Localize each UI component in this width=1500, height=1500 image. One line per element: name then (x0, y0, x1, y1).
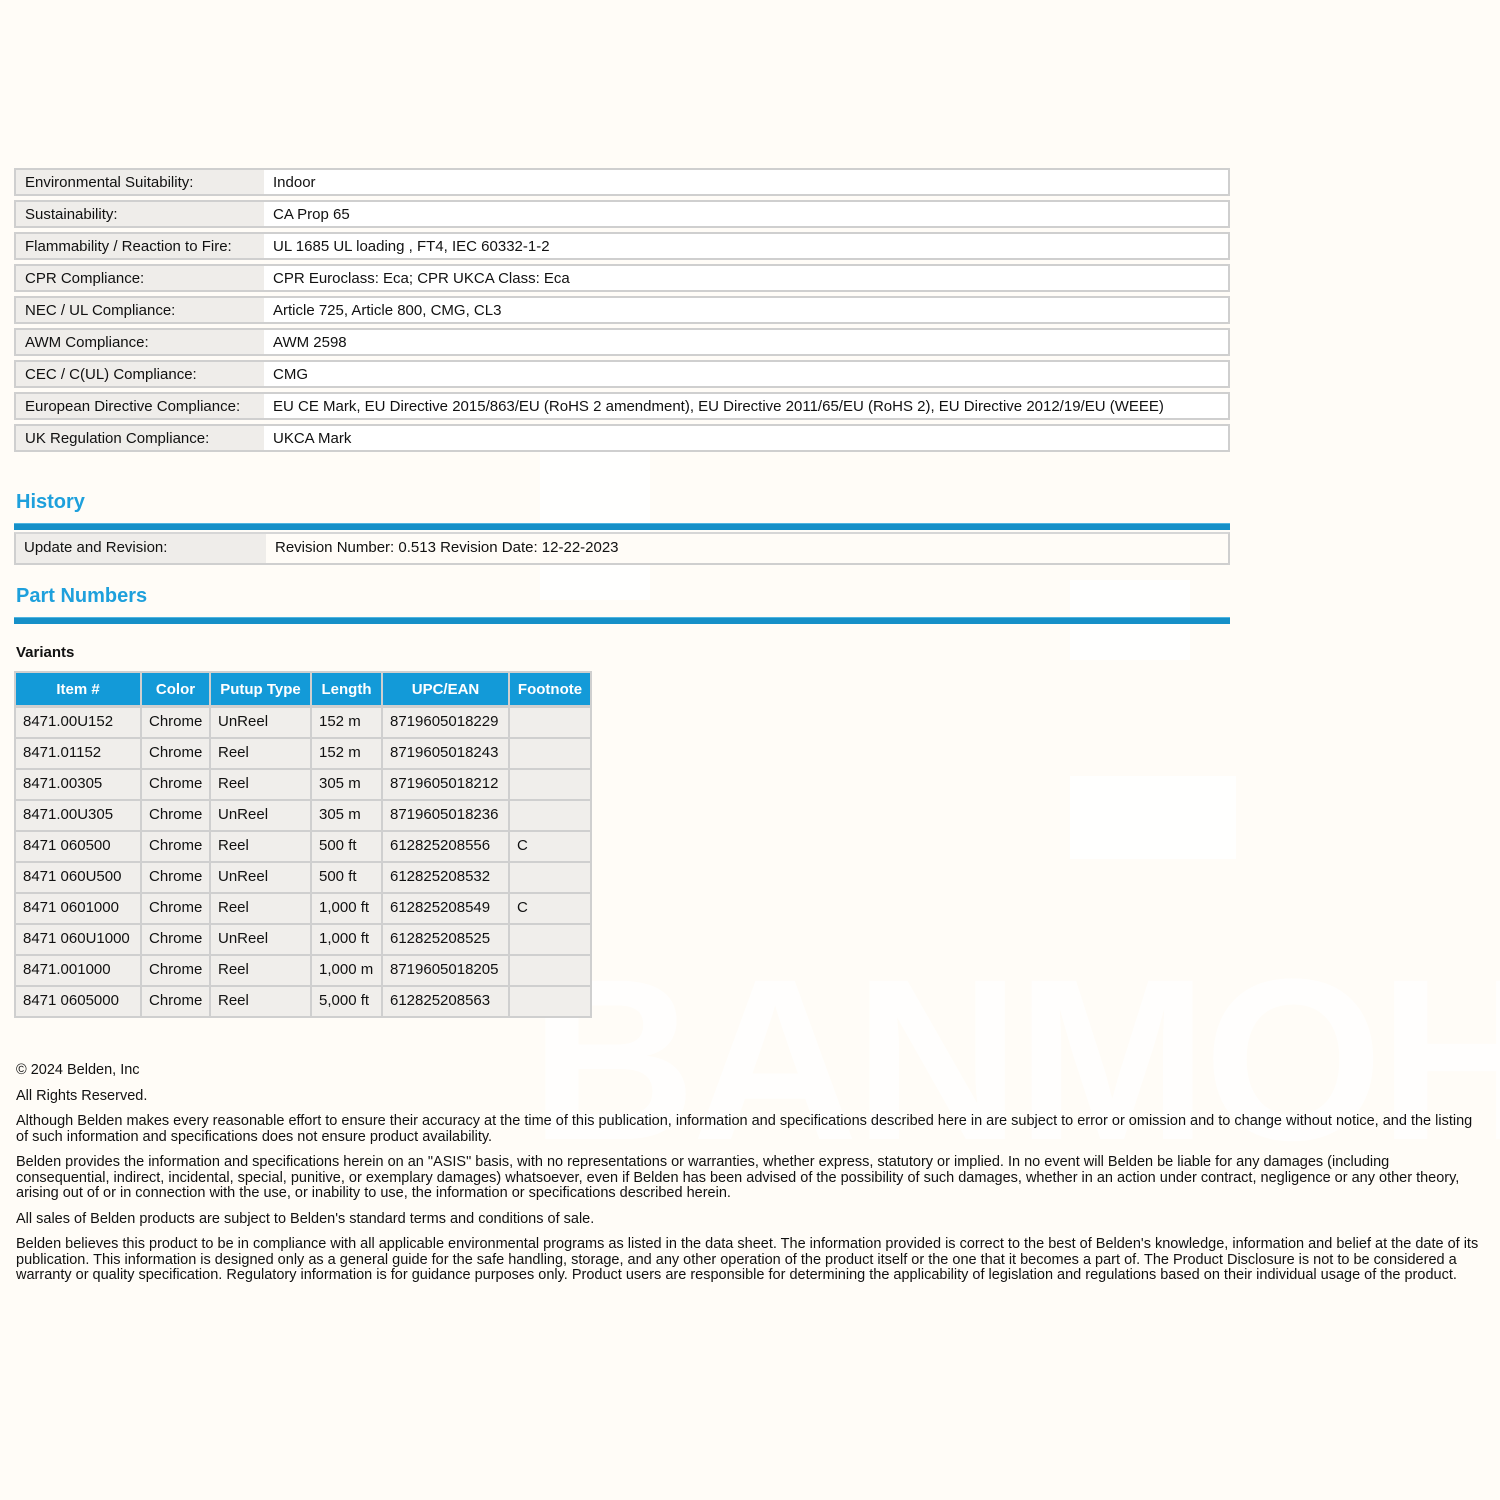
cell-item-number: 8471 060500 (15, 831, 141, 862)
cell-length: 500 ft (311, 831, 382, 862)
cell-putup-type: UnReel (210, 707, 311, 739)
cell-footnote (509, 769, 591, 800)
cell-putup-type: UnReel (210, 924, 311, 955)
cell-footnote (509, 707, 591, 739)
watermark-shape (1070, 776, 1236, 859)
cell-upc-ean: 8719605018236 (382, 800, 509, 831)
table-row: 8471.01152ChromeReel152 m8719605018243 (15, 738, 591, 769)
history-label: Update and Revision: (16, 534, 266, 563)
table-row: 8471.00U152ChromeUnReel152 m871960501822… (15, 707, 591, 739)
cell-color: Chrome (141, 893, 210, 924)
spec-row: UK Regulation Compliance:UKCA Mark (14, 424, 1230, 452)
cell-length: 305 m (311, 769, 382, 800)
cell-putup-type: UnReel (210, 800, 311, 831)
rights-text: All Rights Reserved. (16, 1089, 1486, 1105)
cell-color: Chrome (141, 769, 210, 800)
column-header-length: Length (311, 672, 382, 707)
spec-row: Sustainability:CA Prop 65 (14, 200, 1230, 228)
spec-label: CEC / C(UL) Compliance: (14, 360, 264, 388)
column-header-item-number: Item # (15, 672, 141, 707)
spec-value: CA Prop 65 (264, 200, 1230, 228)
cell-length: 305 m (311, 800, 382, 831)
column-header-putup-type: Putup Type (210, 672, 311, 707)
cell-footnote (509, 955, 591, 986)
spec-label: Environmental Suitability: (14, 168, 264, 196)
cell-upc-ean: 8719605018205 (382, 955, 509, 986)
column-header-upc-ean: UPC/EAN (382, 672, 509, 707)
cell-length: 500 ft (311, 862, 382, 893)
cell-item-number: 8471.00305 (15, 769, 141, 800)
cell-item-number: 8471.00U152 (15, 707, 141, 739)
spec-value: Article 725, Article 800, CMG, CL3 (264, 296, 1230, 324)
cell-footnote (509, 862, 591, 893)
table-row: 8471 060500ChromeReel500 ft612825208556C (15, 831, 591, 862)
cell-upc-ean: 8719605018212 (382, 769, 509, 800)
cell-item-number: 8471 060U500 (15, 862, 141, 893)
cell-color: Chrome (141, 862, 210, 893)
spec-label: European Directive Compliance: (14, 392, 264, 420)
spec-row: CPR Compliance:CPR Euroclass: Eca; CPR U… (14, 264, 1230, 292)
spec-label: UK Regulation Compliance: (14, 424, 264, 452)
table-row: 8471.00305ChromeReel305 m8719605018212 (15, 769, 591, 800)
cell-footnote: C (509, 893, 591, 924)
cell-putup-type: Reel (210, 893, 311, 924)
cell-length: 152 m (311, 738, 382, 769)
spec-row: Flammability / Reaction to Fire:UL 1685 … (14, 232, 1230, 260)
cell-length: 5,000 ft (311, 986, 382, 1017)
spec-value: UL 1685 UL loading , FT4, IEC 60332-1-2 (264, 232, 1230, 260)
cell-item-number: 8471.001000 (15, 955, 141, 986)
cell-item-number: 8471 060U1000 (15, 924, 141, 955)
spec-value: EU CE Mark, EU Directive 2015/863/EU (Ro… (264, 392, 1230, 420)
cell-color: Chrome (141, 800, 210, 831)
watermark-shape (540, 440, 650, 600)
cell-footnote (509, 738, 591, 769)
cell-length: 1,000 ft (311, 924, 382, 955)
cell-color: Chrome (141, 924, 210, 955)
variants-header-row: Item #ColorPutup TypeLengthUPC/EANFootno… (15, 672, 591, 707)
specifications-table: Environmental Suitability:IndoorSustaina… (14, 164, 1230, 456)
spec-value: CPR Euroclass: Eca; CPR UKCA Class: Eca (264, 264, 1230, 292)
variants-table: Item #ColorPutup TypeLengthUPC/EANFootno… (14, 671, 592, 1018)
spec-value: UKCA Mark (264, 424, 1230, 452)
spec-value: AWM 2598 (264, 328, 1230, 356)
cell-color: Chrome (141, 831, 210, 862)
environmental-compliance-text: Belden believes this product to be in co… (16, 1237, 1486, 1284)
cell-putup-type: Reel (210, 831, 311, 862)
spec-label: NEC / UL Compliance: (14, 296, 264, 324)
cell-color: Chrome (141, 738, 210, 769)
spec-label: CPR Compliance: (14, 264, 264, 292)
terms-of-sale-text: All sales of Belden products are subject… (16, 1212, 1486, 1228)
spec-value: Indoor (264, 168, 1230, 196)
part-numbers-section-divider (14, 617, 1230, 624)
column-header-footnote: Footnote (509, 672, 591, 707)
spec-row: Environmental Suitability:Indoor (14, 168, 1230, 196)
cell-putup-type: UnReel (210, 862, 311, 893)
cell-item-number: 8471 0605000 (15, 986, 141, 1017)
cell-upc-ean: 612825208556 (382, 831, 509, 862)
cell-color: Chrome (141, 707, 210, 739)
history-section-divider (14, 523, 1230, 530)
disclaimer-accuracy: Although Belden makes every reasonable e… (16, 1114, 1486, 1145)
cell-upc-ean: 612825208532 (382, 862, 509, 893)
history-row: Update and Revision: Revision Number: 0.… (14, 532, 1230, 565)
cell-upc-ean: 8719605018243 (382, 738, 509, 769)
spec-label: Sustainability: (14, 200, 264, 228)
table-row: 8471.001000ChromeReel1,000 m871960501820… (15, 955, 591, 986)
spec-row: NEC / UL Compliance:Article 725, Article… (14, 296, 1230, 324)
cell-putup-type: Reel (210, 769, 311, 800)
spec-row: European Directive Compliance:EU CE Mark… (14, 392, 1230, 420)
cell-length: 1,000 m (311, 955, 382, 986)
cell-upc-ean: 612825208549 (382, 893, 509, 924)
table-row: 8471 0605000ChromeReel5,000 ft6128252085… (15, 986, 591, 1017)
legal-footer: © 2024 Belden, Inc All Rights Reserved. … (16, 1063, 1486, 1294)
cell-upc-ean: 612825208563 (382, 986, 509, 1017)
copyright-text: © 2024 Belden, Inc (16, 1063, 1486, 1079)
history-section-title: History (16, 491, 85, 514)
cell-item-number: 8471.01152 (15, 738, 141, 769)
spec-row: CEC / C(UL) Compliance:CMG (14, 360, 1230, 388)
cell-item-number: 8471.00U305 (15, 800, 141, 831)
cell-color: Chrome (141, 986, 210, 1017)
cell-putup-type: Reel (210, 986, 311, 1017)
cell-putup-type: Reel (210, 955, 311, 986)
disclaimer-asis: Belden provides the information and spec… (16, 1155, 1486, 1202)
history-value: Revision Number: 0.513 Revision Date: 12… (266, 534, 1228, 563)
spec-label: AWM Compliance: (14, 328, 264, 356)
part-numbers-section-title: Part Numbers (16, 585, 147, 608)
cell-putup-type: Reel (210, 738, 311, 769)
cell-footnote (509, 986, 591, 1017)
cell-footnote: C (509, 831, 591, 862)
cell-length: 152 m (311, 707, 382, 739)
cell-upc-ean: 612825208525 (382, 924, 509, 955)
cell-footnote (509, 924, 591, 955)
table-row: 8471.00U305ChromeUnReel305 m871960501823… (15, 800, 591, 831)
table-row: 8471 060U1000ChromeUnReel1,000 ft6128252… (15, 924, 591, 955)
cell-item-number: 8471 0601000 (15, 893, 141, 924)
cell-length: 1,000 ft (311, 893, 382, 924)
cell-upc-ean: 8719605018229 (382, 707, 509, 739)
spec-value: CMG (264, 360, 1230, 388)
table-row: 8471 060U500ChromeUnReel500 ft6128252085… (15, 862, 591, 893)
spec-label: Flammability / Reaction to Fire: (14, 232, 264, 260)
spec-row: AWM Compliance:AWM 2598 (14, 328, 1230, 356)
variants-label: Variants (16, 644, 74, 661)
table-row: 8471 0601000ChromeReel1,000 ft6128252085… (15, 893, 591, 924)
column-header-color: Color (141, 672, 210, 707)
cell-footnote (509, 800, 591, 831)
cell-color: Chrome (141, 955, 210, 986)
